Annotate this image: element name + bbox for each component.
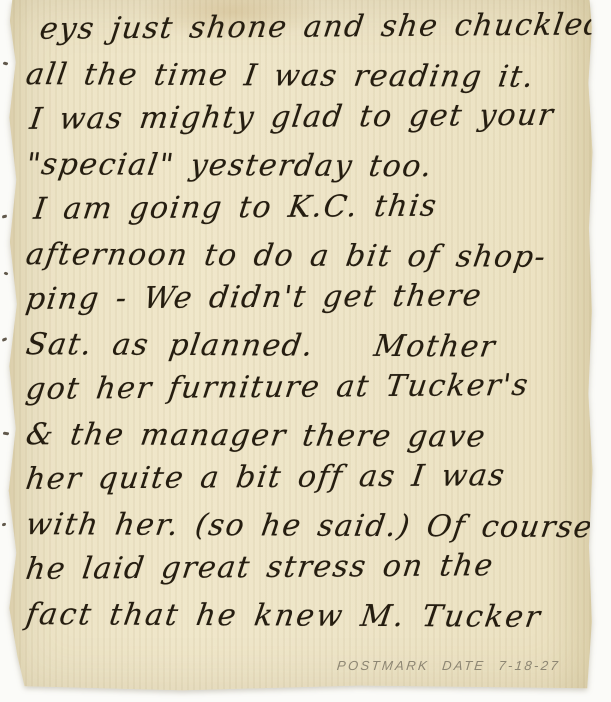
letter-line: I am going to K.C. this	[7, 182, 600, 232]
ink-speck	[3, 432, 9, 436]
letter-line: got her furniture at Tucker's	[7, 362, 600, 412]
letter-line: eys just shone and she chuckled	[7, 2, 600, 52]
postmark-date-annotation: POSTMARK DATE 7-18-27	[336, 658, 561, 673]
letter-paper: eys just shone and she chuckled all the …	[7, 0, 593, 691]
ink-speck	[2, 523, 6, 527]
edge-ink-marks	[0, 0, 10, 702]
letter-line: he laid great stress on the	[7, 542, 600, 592]
paper-shadow-wrap: eys just shone and she chuckled all the …	[7, 0, 593, 691]
ink-speck	[2, 215, 8, 219]
ink-speck	[3, 61, 9, 65]
letter-line: her quite a bit off as I was	[7, 452, 600, 502]
ink-speck	[4, 271, 9, 276]
ink-speck	[2, 337, 8, 342]
letter-line: I was mighty glad to get your	[7, 92, 600, 142]
handwriting-block: eys just shone and she chuckled all the …	[7, 7, 593, 637]
letter-line: fact that he knew M. Tucker	[7, 592, 599, 640]
letter-line: ping - We didn't get there	[7, 272, 600, 322]
scanned-letter: eys just shone and she chuckled all the …	[0, 0, 611, 702]
